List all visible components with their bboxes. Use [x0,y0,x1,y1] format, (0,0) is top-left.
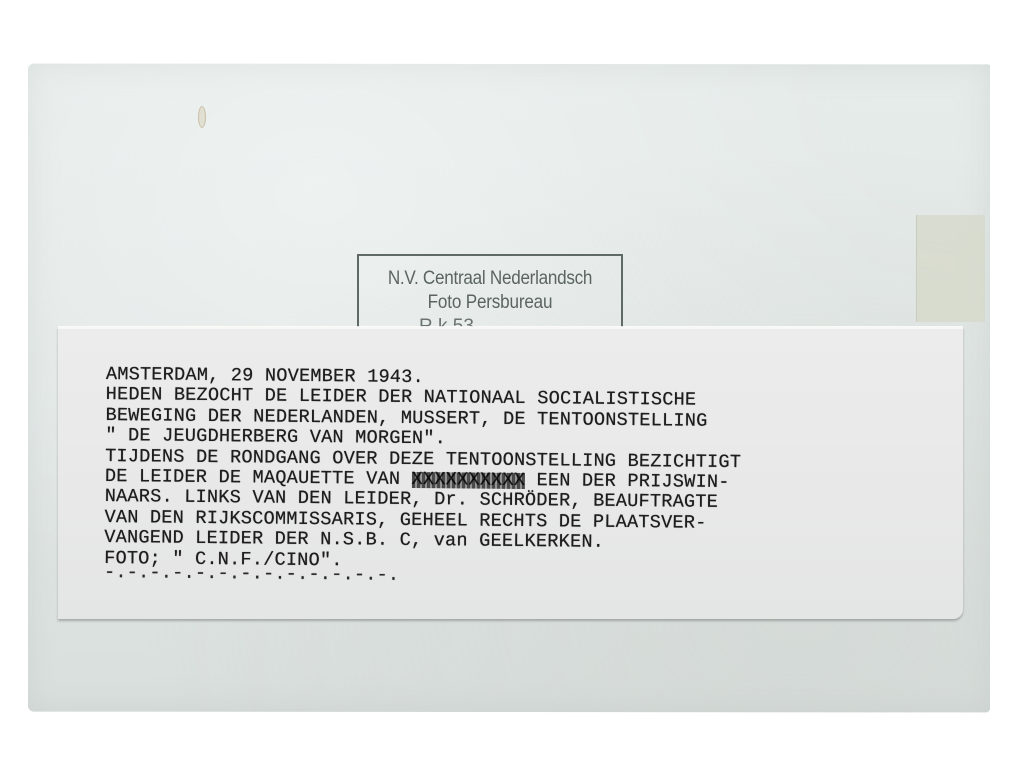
tape-residue [916,215,985,322]
stamp-bureau-name: Foto Persbureau [372,292,608,314]
paper-stain [198,106,206,128]
stamp-agency-name: N.V. Centraal Nederlandsch [372,268,608,290]
typed-caption-label: AMSTERDAM, 29 NOVEMBER 1943. HEDEN BEZOC… [58,327,963,619]
photo-reverse-scene: N.V. Centraal Nederlandsch Foto Persbure… [0,0,1024,768]
caption-text: AMSTERDAM, 29 NOVEMBER 1943. HEDEN BEZOC… [104,365,926,591]
struck-out-text: XXXXXXXXXX [411,470,525,491]
